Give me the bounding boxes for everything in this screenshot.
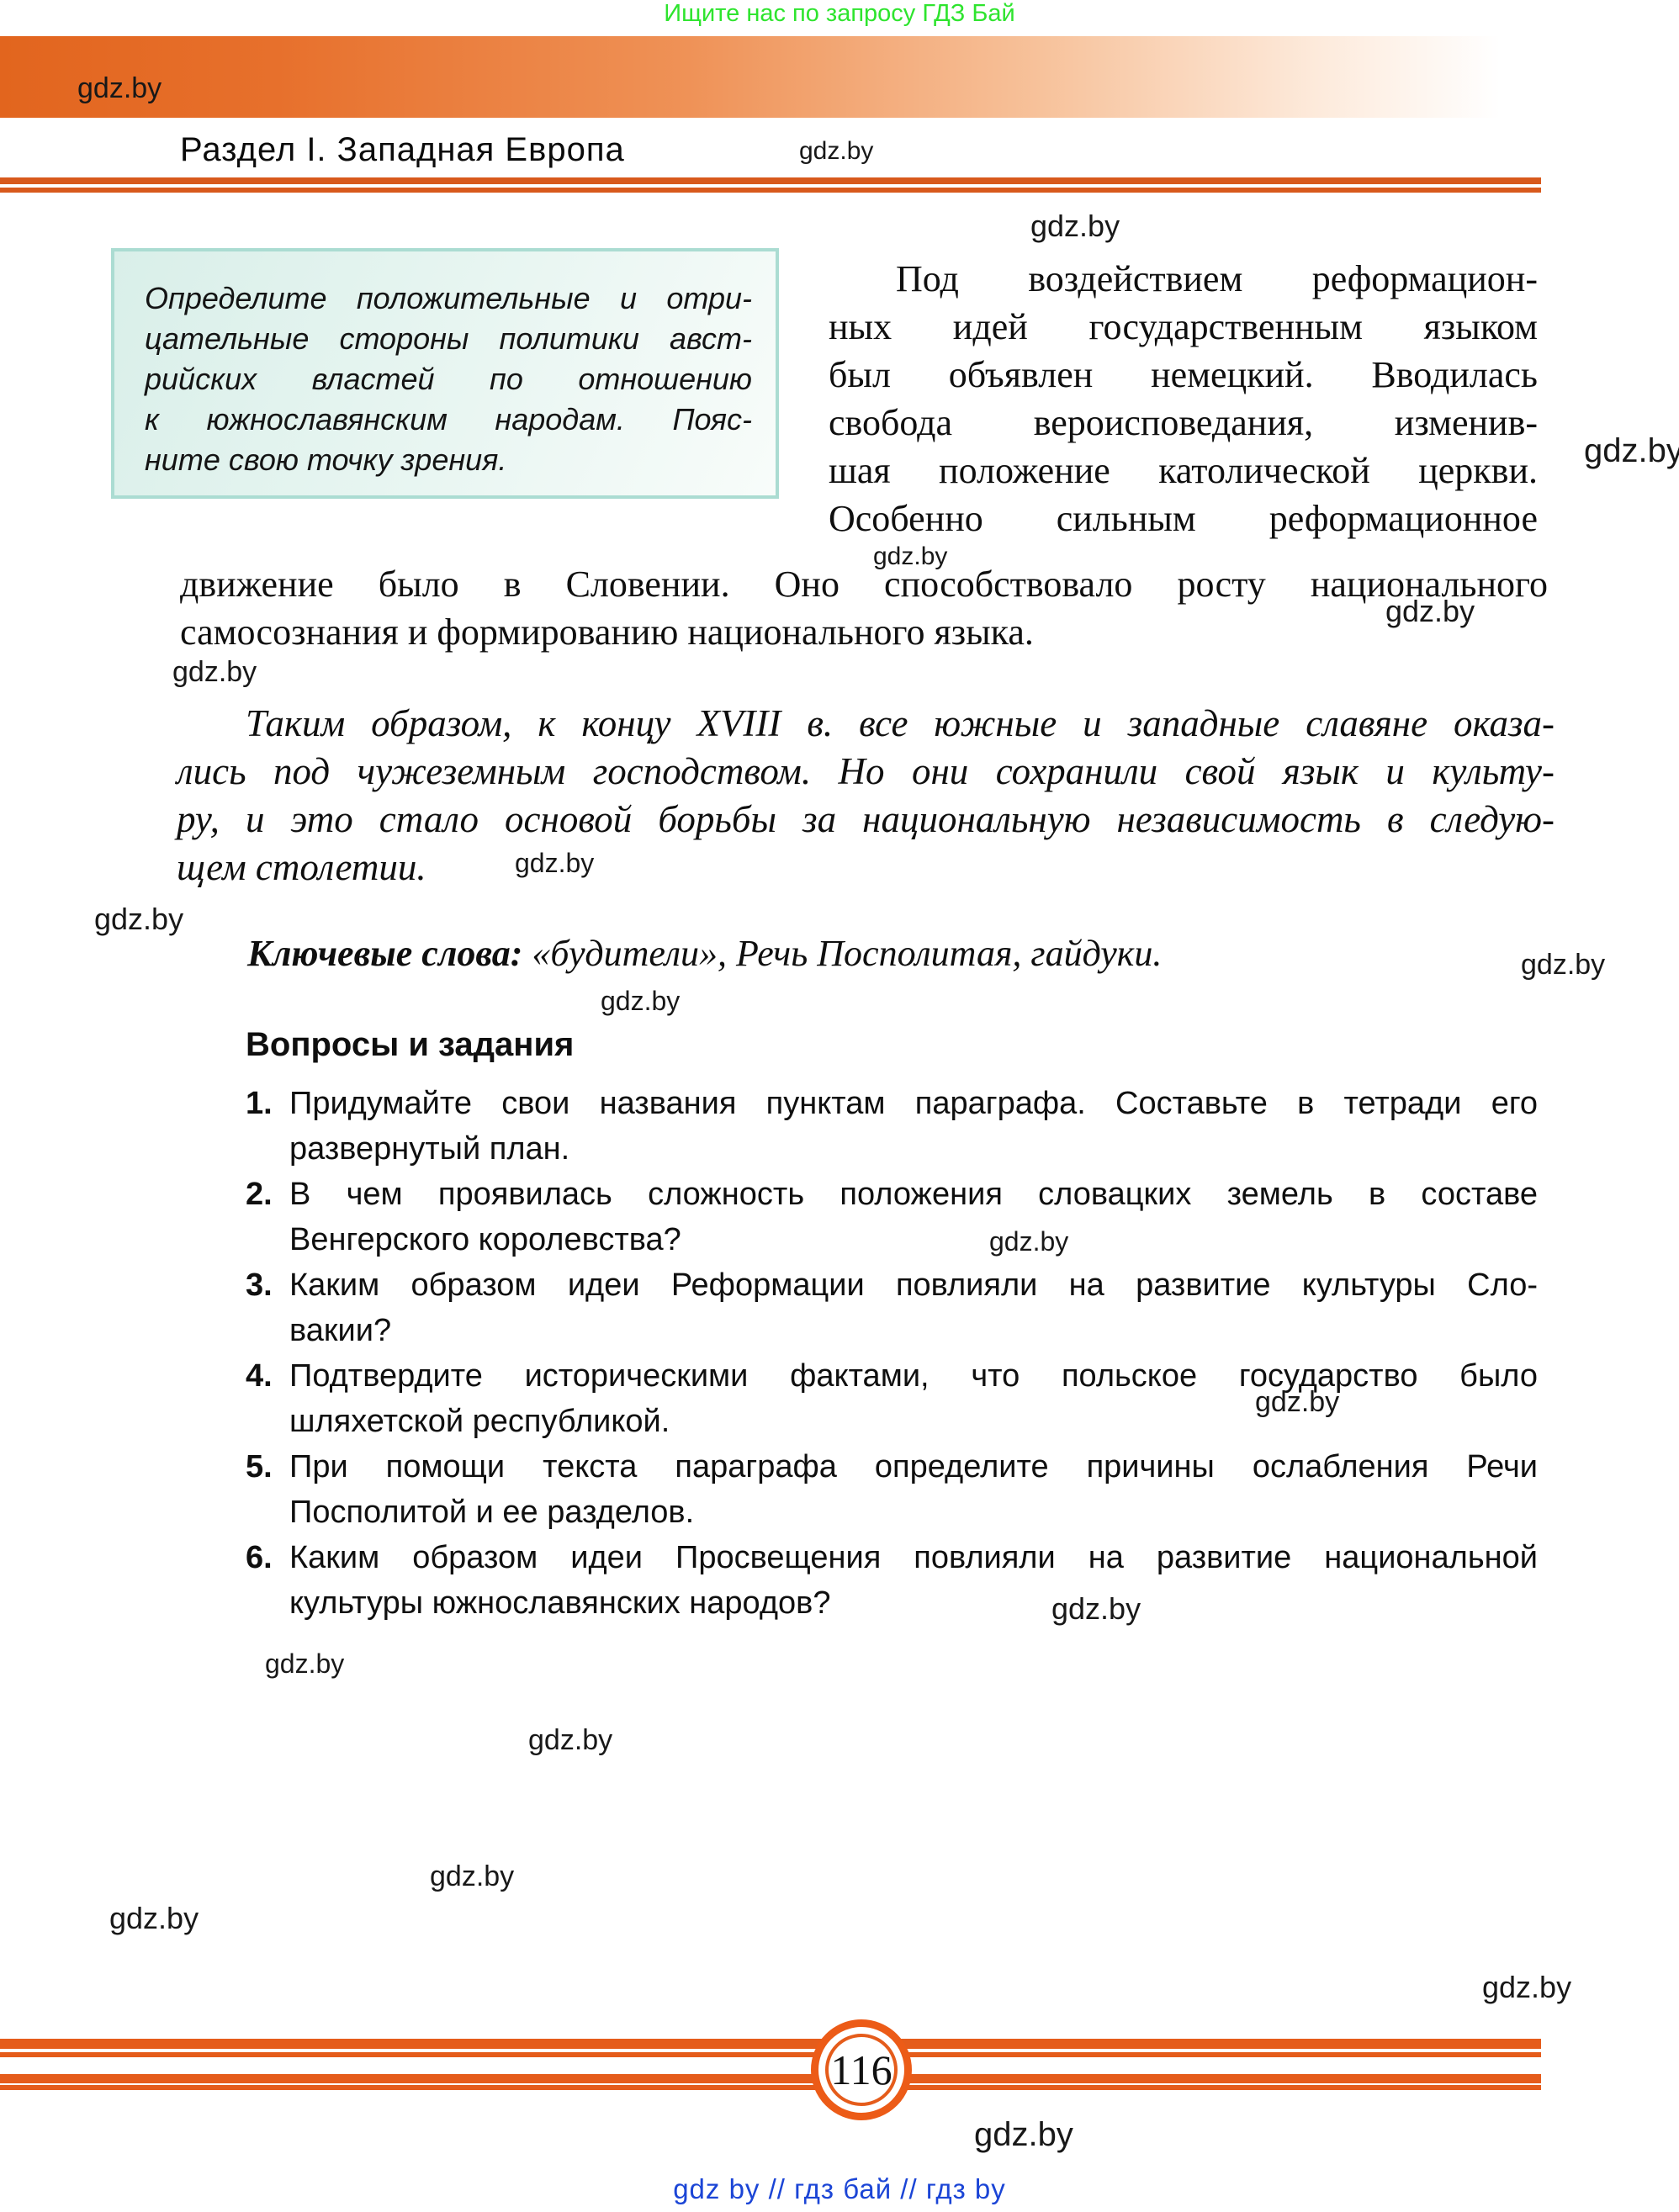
watermark: gdz.by (109, 1901, 199, 1936)
body-line: был объявлен немецкий. Вводилась (829, 351, 1538, 399)
question-number: 4. (246, 1353, 289, 1444)
question-item: 6. Каким образом идеи Просвещения повлия… (246, 1535, 1538, 1626)
footer-stripe (0, 2052, 1541, 2057)
body-line: движение было в Словении. Оно способство… (180, 560, 1548, 608)
watermark: gdz.by (1255, 1386, 1339, 1419)
scanned-book-page: Ищите нас по запросу ГДЗ Бай Раздел I. З… (0, 0, 1679, 2212)
body-line: ных идей государственным языком (829, 303, 1538, 351)
section-heading: Раздел I. Западная Европа (180, 131, 625, 169)
body-line: самосознания и формированию национальног… (180, 608, 1548, 656)
watermark: gdz.by (77, 72, 162, 105)
question-number: 3. (246, 1262, 289, 1353)
watermark: gdz.by (873, 542, 947, 571)
questions-heading: Вопросы и задания (246, 1026, 574, 1064)
keywords-line: Ключевые слова: «будители», Речь Посполи… (247, 932, 1162, 975)
watermark: gdz.by (601, 986, 680, 1017)
questions-list: 1. Придумайте свои названия пунктам пара… (246, 1081, 1538, 1626)
summary-line: щем столетии. (177, 844, 1555, 892)
body-line: шая положение католической церкви. (829, 447, 1538, 495)
question-line: Подтвердите историческими фактами, что п… (289, 1353, 1538, 1399)
question-item: 1. Придумайте свои названия пунктам пара… (246, 1081, 1538, 1172)
top-promo-text: Ищите нас по запросу ГДЗ Бай (0, 0, 1679, 28)
watermark: gdz.by (94, 902, 183, 937)
task-box-line: цательные стороны политики авст- (145, 319, 752, 359)
divider-thin (0, 188, 1541, 193)
question-item: 4. Подтвердите историческими фактами, чт… (246, 1353, 1538, 1444)
watermark: gdz.by (515, 848, 594, 879)
question-number: 5. (246, 1444, 289, 1535)
watermark: gdz.by (1521, 949, 1605, 982)
watermark: gdz.by (1584, 432, 1679, 470)
summary-line: ру, и это стало основой борьбы за национ… (177, 796, 1555, 844)
question-number: 1. (246, 1081, 289, 1172)
watermark: gdz.by (1030, 209, 1120, 244)
watermark: gdz.by (430, 1860, 514, 1893)
watermark: gdz.by (172, 656, 257, 689)
question-item: 2. В чем проявилась сложность положения … (246, 1172, 1538, 1262)
question-line: Каким образом идеи Реформации повлияли н… (289, 1262, 1538, 1308)
header-gradient-bar (0, 36, 1531, 118)
watermark: gdz.by (1385, 594, 1475, 629)
keywords-label: Ключевые слова: (247, 933, 522, 974)
footer-links[interactable]: gdz by // гдз бай // гдз by (0, 2173, 1679, 2205)
task-box: Определите положительные и отри- цательн… (111, 248, 779, 499)
page-number-badge: 116 (811, 2019, 912, 2120)
question-line: шляхетской республикой. (289, 1399, 1538, 1444)
footer-stripe (0, 2039, 1541, 2049)
question-line: Каким образом идеи Просвещения повлияли … (289, 1535, 1538, 1580)
task-box-line: рийских властей по отношению (145, 359, 752, 400)
question-line: Посполитой и ее разделов. (289, 1490, 1538, 1535)
question-item: 5. При помощи текста параграфа определит… (246, 1444, 1538, 1535)
question-number: 6. (246, 1535, 289, 1626)
watermark: gdz.by (799, 137, 873, 166)
body-line: Особенно сильным реформационное (829, 495, 1538, 542)
divider-thick (0, 177, 1541, 184)
footer-stripe (0, 2074, 1541, 2083)
question-line: При помощи текста параграфа определите п… (289, 1444, 1538, 1490)
task-box-line: Определите положительные и отри- (145, 278, 752, 319)
question-line: В чем проявилась сложность положения сло… (289, 1172, 1538, 1217)
page-number-inner-ring: 116 (825, 2034, 898, 2106)
question-line: Придумайте свои названия пунктам парагра… (289, 1081, 1538, 1126)
question-line: культуры южнославянских народов? (289, 1580, 1538, 1626)
task-box-line: к южнославянским народам. Пояс- (145, 400, 752, 440)
question-item: 3. Каким образом идеи Реформации повлиял… (246, 1262, 1538, 1353)
watermark: gdz.by (528, 1724, 612, 1757)
question-line: Венгерского королевства? (289, 1217, 1538, 1262)
watermark: gdz.by (265, 1648, 344, 1680)
question-line: вакии? (289, 1308, 1538, 1353)
question-line: развернутый план. (289, 1126, 1538, 1172)
watermark: gdz.by (989, 1226, 1068, 1257)
body-paragraph-fullwidth: движение было в Словении. Оно способство… (180, 560, 1548, 656)
watermark: gdz.by (1051, 1591, 1141, 1627)
summary-line: Таким образом, к концу XVIII в. все южны… (177, 700, 1555, 748)
summary-line: лись под чужеземным господством. Но они … (177, 748, 1555, 796)
body-line: свобода вероисповедания, изменив- (829, 399, 1538, 447)
task-box-line: ните свою точку зрения. (145, 440, 752, 480)
watermark: gdz.by (1482, 1970, 1571, 2005)
body-paragraph-column: Под воздействием реформацион- ных идей г… (829, 255, 1538, 542)
footer-stripe (0, 2085, 1541, 2090)
summary-paragraph: Таким образом, к концу XVIII в. все южны… (177, 700, 1555, 892)
body-line: Под воздействием реформацион- (829, 255, 1538, 303)
page-number: 116 (830, 2045, 892, 2094)
watermark: gdz.by (974, 2116, 1073, 2154)
question-number: 2. (246, 1172, 289, 1262)
keywords-text: «будители», Речь Посполитая, гайдуки. (522, 933, 1162, 974)
